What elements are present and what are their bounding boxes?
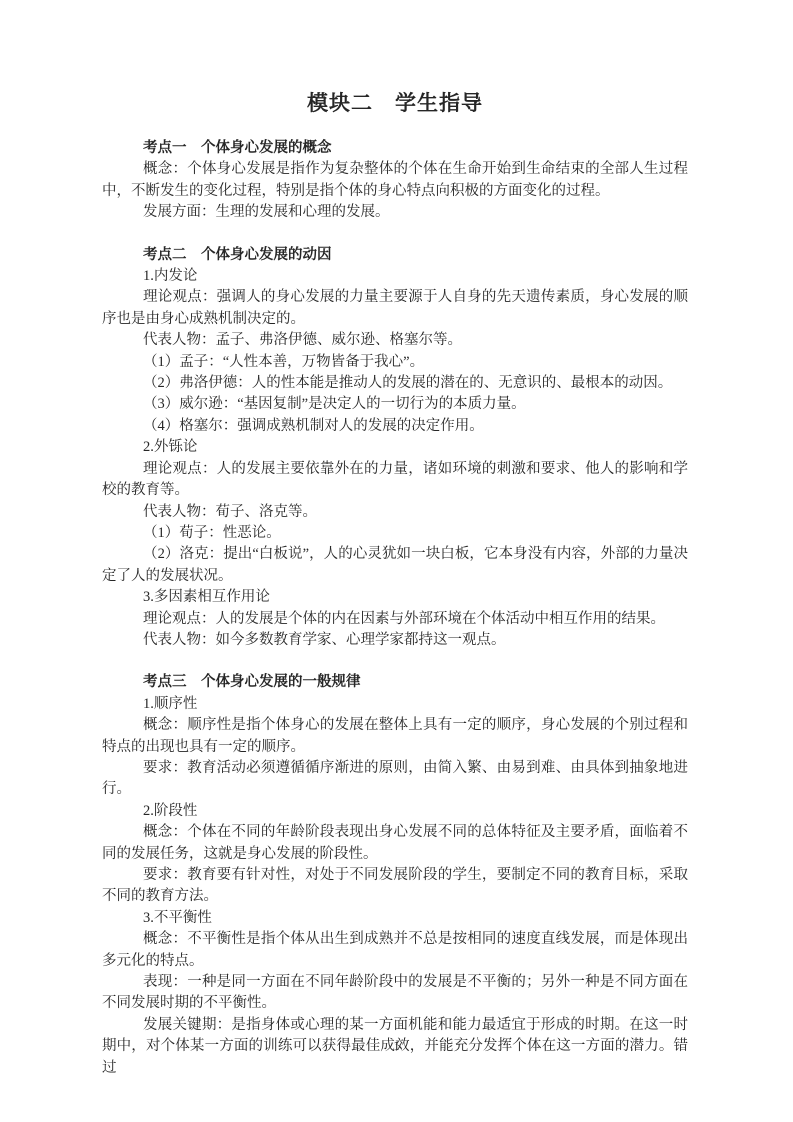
subsection-label: 3.多因素相互作用论 [102, 587, 688, 608]
paragraph: 表现：一种是同一方面在不同年龄阶段中的发展是不平衡的；另外一种是不同方面在不同发… [102, 972, 688, 1015]
section-kaodian-2: 考点二 个体身心发展的动因 1.内发论 理论观点：强调人的身心发展的力量主要源于… [102, 245, 688, 652]
section-heading: 考点二 个体身心发展的动因 [102, 245, 688, 266]
subsection-label: 1.顺序性 [102, 694, 688, 715]
paragraph: 代表人物：如今多数教育学家、心理学家都持这一观点。 [102, 630, 688, 651]
paragraph: 代表人物：荀子、洛克等。 [102, 502, 688, 523]
section-kaodian-1: 考点一 个体身心发展的概念 概念：个体身心发展是指作为复杂整体的个体在生命开始到… [102, 138, 688, 224]
list-item: （2）弗洛伊德：人的性本能是推动人的发展的潜在的、无意识的、最根本的动因。 [102, 373, 688, 394]
section-heading: 考点一 个体身心发展的概念 [102, 138, 688, 159]
paragraph: 要求：教育要有针对性，对处于不同发展阶段的学生，要制定不同的教育目标，采取不同的… [102, 865, 688, 908]
paragraph: 概念：顺序性是指个体身心的发展在整体上具有一定的顺序，身心发展的个别过程和特点的… [102, 715, 688, 758]
page-number: 1 [0, 1037, 793, 1055]
paragraph: 概念：个体在不同的年龄阶段表现出身心发展不同的总体特征及主要矛盾，面临着不同的发… [102, 822, 688, 865]
list-item: （4）格塞尔：强调成熟机制对人的发展的决定作用。 [102, 416, 688, 437]
section-kaodian-3: 考点三 个体身心发展的一般规律 1.顺序性 概念：顺序性是指个体身心的发展在整体… [102, 672, 688, 1079]
paragraph: 发展方面：生理的发展和心理的发展。 [102, 202, 688, 223]
page-title: 模块二 学生指导 [102, 90, 688, 116]
paragraph: 概念：不平衡性是指个体从出生到成熟并不总是按相同的速度直线发展，而是体现出多元化… [102, 929, 688, 972]
paragraph: 理论观点：人的发展主要依靠外在的力量，诸如环境的刺激和要求、他人的影响和学校的教… [102, 459, 688, 502]
paragraph: 理论观点：人的发展是个体的内在因素与外部环境在个体活动中相互作用的结果。 [102, 609, 688, 630]
document-body: 模块二 学生指导 考点一 个体身心发展的概念 概念：个体身心发展是指作为复杂整体… [102, 90, 688, 1079]
list-item: （2）洛克：提出“白板说”，人的心灵犹如一块白板，它本身没有内容，外部的力量决定… [102, 544, 688, 587]
subsection-label: 2.外铄论 [102, 437, 688, 458]
paragraph: 理论观点：强调人的身心发展的力量主要源于人自身的先天遗传素质，身心发展的顺序也是… [102, 287, 688, 330]
section-heading: 考点三 个体身心发展的一般规律 [102, 672, 688, 693]
list-item: （1）孟子：“人性本善，万物皆备于我心”。 [102, 352, 688, 373]
subsection-label: 3.不平衡性 [102, 908, 688, 929]
list-item: （1）荀子：性恶论。 [102, 523, 688, 544]
list-item: （3）威尔逊：“基因复制”是决定人的一切行为的本质力量。 [102, 394, 688, 415]
subsection-label: 1.内发论 [102, 266, 688, 287]
paragraph: 代表人物：孟子、弗洛伊德、威尔逊、格塞尔等。 [102, 330, 688, 351]
paragraph: 要求：教育活动必须遵循循序渐进的原则，由简入繁、由易到难、由具体到抽象地进行。 [102, 758, 688, 801]
paragraph: 概念：个体身心发展是指作为复杂整体的个体在生命开始到生命结束的全部人生过程中，不… [102, 159, 688, 202]
subsection-label: 2.阶段性 [102, 801, 688, 822]
